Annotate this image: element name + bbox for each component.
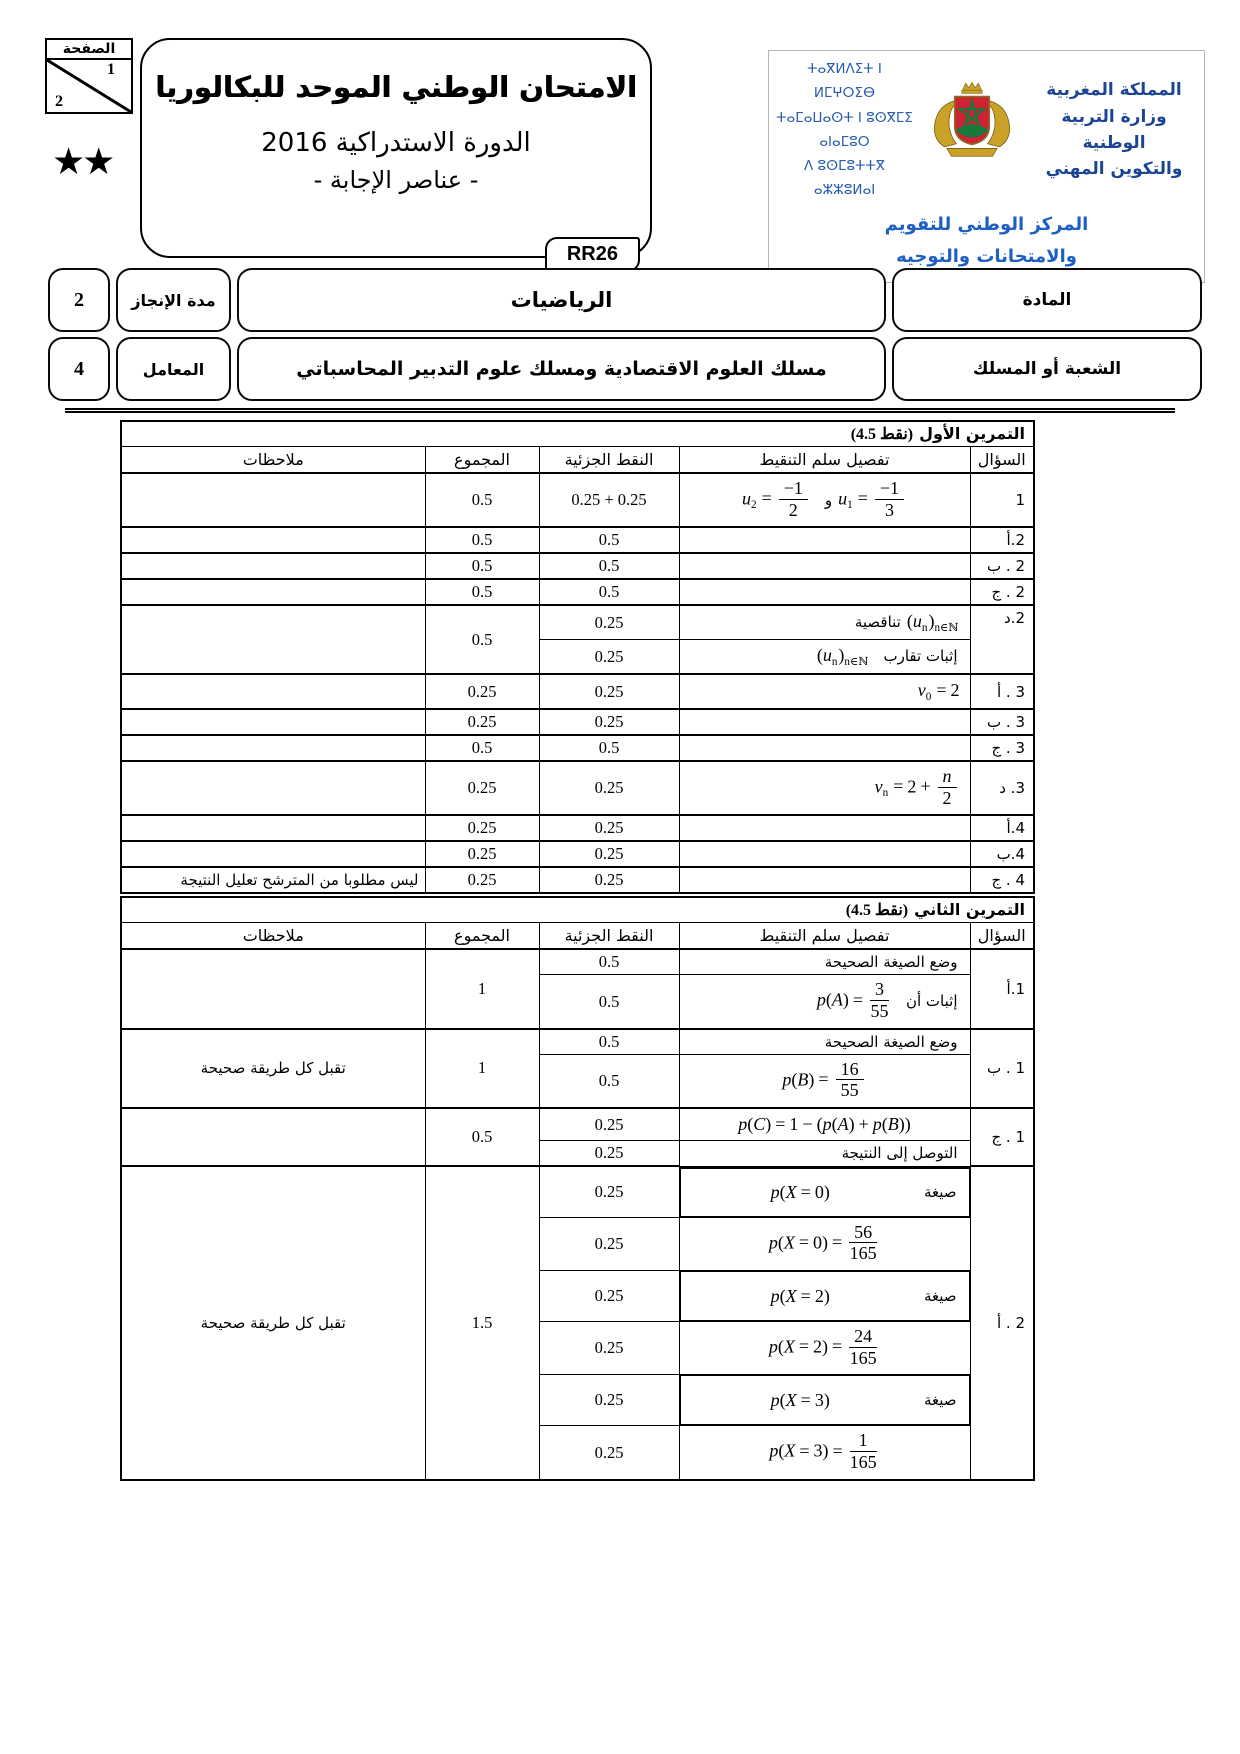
math-token: v (918, 680, 926, 700)
fraction: 1165 (850, 1430, 877, 1472)
exam-info-band: المادة الرياضيات مدة الإنجاز 2 الشعبة أو… (48, 268, 1202, 406)
math-token: = (801, 1390, 811, 1410)
math-formula: (un)n∈ℕ (815, 642, 872, 671)
math-formula: p(B)=1655 (780, 1057, 868, 1105)
detail-text: وضع الصيغة الصحيحة (825, 1033, 958, 1051)
partial-points-cell: 0.25 (539, 841, 679, 867)
total-cell: 0.25 (425, 674, 539, 709)
column-header-question: السؤال (970, 923, 1034, 950)
detail-cell (679, 841, 970, 867)
notes-cell (121, 815, 425, 841)
partial-points-cell: 0.5 (539, 527, 679, 553)
center-line-1: المركز الوطني للتقويم (775, 209, 1198, 241)
question-cell: 3. د (970, 761, 1034, 815)
total-cell: 0.5 (425, 1108, 539, 1166)
subject-value-box: الرياضيات (237, 268, 886, 332)
notes-cell (121, 1108, 425, 1166)
question-cell: 1 . ج (970, 1108, 1034, 1166)
notes-cell: تقبل كل طريقة صحيحة (121, 1029, 425, 1108)
detail-text: التوصل إلى النتيجة (842, 1144, 958, 1162)
current-page-number: 1 (107, 61, 115, 79)
math-token: ) (849, 1114, 855, 1134)
header-row: السؤالتفصيل سلم التنقيطالنقط الجزئيةالمج… (121, 447, 1034, 474)
math-token: 3 (814, 1441, 823, 1461)
math-formula: (un)n∈ℕ (905, 608, 962, 637)
partial-points-cell: 0.25 (539, 867, 679, 893)
math-token: u (838, 488, 847, 508)
math-formula: p(X=2)=24165 (767, 1324, 882, 1372)
math-token: ) (843, 990, 849, 1010)
question-cell: 3 . ب (970, 709, 1034, 735)
detail-cell: p(X=3)=1165 (679, 1426, 970, 1480)
math-token: A (832, 990, 843, 1010)
question-cell: 2 . ب (970, 553, 1034, 579)
partial-points-cell: 0.25 (539, 1322, 679, 1375)
track-label-box: الشعبة أو المسلك (892, 337, 1202, 401)
denominator: 165 (849, 1348, 877, 1369)
math-formula: v0=2 (916, 677, 962, 706)
numerator: 24 (849, 1326, 877, 1348)
detail-cell: p(C)=1−(p(A)+p(B)) (679, 1108, 970, 1141)
partial-points-cell: 0.25 + 0.25 (539, 473, 679, 527)
math-formula: p(X=0)=56165 (767, 1220, 882, 1268)
notes-cell (121, 605, 425, 674)
fraction: −12 (779, 478, 808, 520)
partial-points-cell: 0.5 (539, 949, 679, 975)
math-formula: p(C)=1−(p(A)+p(B)) (736, 1111, 912, 1138)
math-token: v (875, 776, 883, 796)
notes-cell: ليس مطلوبا من المترشح تعليل النتيجة (121, 867, 425, 893)
math-token: n∈ℕ (934, 622, 958, 634)
notes-cell (121, 761, 425, 815)
ministry-line-2: والتكوين المهني (1030, 156, 1198, 182)
tifinagh-line-2: ⵜⴰⵎⴰⵡⴰⵙⵜ ⵏ ⵓⵙⴳⵎⵉ ⴰⵏⴰⵎⵓⵔ (775, 106, 914, 155)
math-token: − (802, 1114, 812, 1134)
math-token: p (769, 1336, 778, 1356)
table-row: 4.أ0.250.25 (121, 815, 1034, 841)
table-row: 2 . أصيغةp(X=0)0.251.5تقبل كل طريقة صحيح… (121, 1166, 1034, 1217)
column-header-detail: تفصيل سلم التنقيط (679, 923, 970, 950)
math-token: = (853, 990, 863, 1010)
denominator: 165 (849, 1243, 877, 1264)
detail-text: صيغة (924, 1391, 957, 1409)
detail-cell: صيغةp(X=2) (680, 1271, 970, 1321)
column-header-partial: النقط الجزئية (539, 923, 679, 950)
exam-answer-key-page: الصفحة 1 2 ★★ الامتحان الوطني الموحد للب… (0, 0, 1240, 1754)
total-cell: 0.5 (425, 605, 539, 674)
national-center-text: المركز الوطني للتقويم والامتحانات والتوج… (775, 209, 1198, 274)
total-cell: 0.5 (425, 579, 539, 605)
ministry-line-1: وزارة التربية الوطنية (1030, 104, 1198, 157)
detail-text: وضع الصيغة الصحيحة (825, 953, 958, 971)
math-token: 2 (951, 680, 960, 700)
table-row: 3. دvn=2+n20.250.25 (121, 761, 1034, 815)
numerator: −1 (875, 478, 904, 500)
fraction: 355 (870, 979, 889, 1021)
ministry-header: المملكة المغربية وزارة التربية الوطنية و… (768, 50, 1205, 283)
denominator: 165 (850, 1452, 877, 1473)
detail-cell: (un)n∈ℕتناقصية (679, 605, 970, 639)
total-cell: 0.5 (425, 735, 539, 761)
math-token: = (893, 776, 903, 796)
math-formula: p(X=2) (769, 1283, 832, 1310)
question-cell: 3 . أ (970, 674, 1034, 709)
coat-of-arms-image (914, 80, 1030, 180)
fraction: −13 (875, 478, 904, 520)
exercise-title-text: التمرين الثاني (914, 900, 1025, 919)
duration-label-box: مدة الإنجاز (116, 268, 231, 332)
exam-title: الامتحان الوطني الموحد للبكالوريا (142, 70, 650, 104)
kingdom-ministry-text: المملكة المغربية وزارة التربية الوطنية و… (1030, 77, 1198, 182)
math-formula: vn=2+n2 (873, 764, 962, 812)
math-token: 2 (815, 1286, 824, 1306)
math-token: 3 (815, 1390, 824, 1410)
table-row: 3 . ب0.250.25 (121, 709, 1034, 735)
detail-cell (679, 815, 970, 841)
table-row: 2.أ0.50.5 (121, 527, 1034, 553)
math-token: B (888, 1114, 899, 1134)
table-row: 3 . أv0=20.250.25 (121, 674, 1034, 709)
math-token: = (799, 1441, 809, 1461)
exercise-title-row: التمرين الأول(4.5 نقط) (121, 421, 1034, 447)
numerator: −1 (779, 478, 808, 500)
double-separator-line (65, 408, 1175, 413)
math-token: p (769, 1232, 778, 1252)
math-token: = (936, 680, 946, 700)
detail-text: إثبات تقارب (883, 647, 957, 665)
math-token: 1 (847, 499, 853, 511)
math-token: = (833, 1441, 843, 1461)
math-token: = (858, 488, 868, 508)
math-token: 2 (813, 1336, 822, 1356)
partial-points-cell: 0.25 (539, 605, 679, 639)
math-token: + (859, 1114, 869, 1134)
notes-cell (121, 949, 425, 1028)
detail-cell (679, 709, 970, 735)
detail-cell: وضع الصيغة الصحيحة (679, 1029, 970, 1055)
table-row: 2.د(un)n∈ℕتناقصية0.250.5 (121, 605, 1034, 639)
math-token: = (818, 1069, 828, 1089)
math-token: = (775, 1114, 785, 1134)
math-token: ) (808, 1069, 814, 1089)
detail-cell: التوصل إلى النتيجة (679, 1141, 970, 1167)
table-row: 3 . ج0.50.5 (121, 735, 1034, 761)
math-token: = (799, 1232, 809, 1252)
total-cell: 0.25 (425, 815, 539, 841)
tifinagh-line-1: ⵜⴰⴳⵍⴷⵉⵜ ⵏ ⵍⵎⵖⵔⵉⴱ (775, 57, 914, 106)
subject-label-box: المادة (892, 268, 1202, 332)
table-row: 2 . ب0.50.5 (121, 553, 1034, 579)
numerator: n (938, 766, 957, 788)
column-header-total: المجموع (425, 447, 539, 474)
track-row: الشعبة أو المسلك مسلك العلوم الاقتصادية … (48, 337, 1202, 401)
math-token: ) (824, 1286, 830, 1306)
math-token: + (920, 776, 930, 796)
math-token: 0 (815, 1182, 824, 1202)
table-row: 1 . جp(C)=1−(p(A)+p(B))0.250.5 (121, 1108, 1034, 1141)
total-cell: 1.5 (425, 1166, 539, 1480)
fraction: n2 (938, 766, 957, 808)
subject-row: المادة الرياضيات مدة الإنجاز 2 (48, 268, 1202, 332)
total-cell: 0.5 (425, 527, 539, 553)
tifinagh-ministry-text: ⵜⴰⴳⵍⴷⵉⵜ ⵏ ⵍⵎⵖⵔⵉⴱ ⵜⴰⵎⴰⵡⴰⵙⵜ ⵏ ⵓⵙⴳⵎⵉ ⴰⵏⴰⵎⵓⵔ… (775, 57, 914, 203)
denominator: 2 (938, 788, 957, 809)
partial-points-cell: 0.5 (539, 1054, 679, 1108)
detail-text: إثبات أن (906, 992, 958, 1010)
column-header-notes: ملاحظات (121, 447, 425, 474)
math-token: ) (824, 1390, 830, 1410)
question-cell: 1 (970, 473, 1034, 527)
math-token: p (771, 1182, 780, 1202)
column-header-notes: ملاحظات (121, 923, 425, 950)
math-formula: p(X=3)=1165 (767, 1428, 881, 1476)
partial-points-cell: 0.25 (539, 761, 679, 815)
math-token: p (823, 1114, 832, 1134)
math-token: B (797, 1069, 808, 1089)
numerator: 16 (836, 1059, 864, 1081)
grading-tables: التمرين الأول(4.5 نقط)السؤالتفصيل سلم ال… (122, 420, 1035, 1483)
question-cell: 3 . ج (970, 735, 1034, 761)
detail-cell: p(B)=1655 (679, 1054, 970, 1108)
notes-cell (121, 674, 425, 709)
math-formula: u2=−12 (740, 476, 813, 524)
math-token: p (769, 1441, 778, 1461)
math-token: C (753, 1114, 765, 1134)
detail-cell (679, 553, 970, 579)
numerator: 3 (870, 979, 889, 1001)
math-token: p (738, 1114, 747, 1134)
denominator: 55 (870, 1001, 889, 1022)
exam-code-badge: RR26 (545, 237, 640, 272)
notes-cell (121, 579, 425, 605)
total-cell: 0.25 (425, 841, 539, 867)
math-formula: p(X=3) (769, 1387, 832, 1414)
exercise-points: (4.5 نقط) (846, 902, 908, 919)
detail-cell: صيغةp(X=0) (680, 1167, 970, 1217)
fraction: 1655 (836, 1059, 864, 1101)
math-token: 2 (751, 499, 757, 511)
detail-cell: vn=2+n2 (679, 761, 970, 815)
math-token: ) (765, 1114, 771, 1134)
kingdom-line: المملكة المغربية (1030, 77, 1198, 103)
partial-points-cell: 0.5 (539, 1029, 679, 1055)
detail-text: صيغة (924, 1183, 957, 1201)
total-cell: 0.25 (425, 867, 539, 893)
total-cell: 1 (425, 949, 539, 1028)
math-token: p (817, 990, 826, 1010)
table-row: 1u1=−13وu2=−120.25 + 0.250.5 (121, 473, 1034, 527)
question-cell: 4 . ج (970, 867, 1034, 893)
math-token: p (771, 1286, 780, 1306)
math-token: n (883, 787, 889, 799)
exam-session: الدورة الاستدراكية 2016 (142, 128, 650, 158)
math-formula: p(X=0) (769, 1179, 832, 1206)
detail-cell: إثبات أنp(A)=355 (679, 975, 970, 1029)
exercise-title: التمرين الأول(4.5 نقط) (121, 421, 1034, 447)
math-token: ) (822, 1232, 828, 1252)
numerator: 1 (850, 1430, 877, 1452)
partial-points-cell: 0.25 (539, 1166, 679, 1217)
partial-points-cell: 0.25 (539, 1426, 679, 1480)
math-token: ) (905, 1114, 911, 1134)
column-header-total: المجموع (425, 923, 539, 950)
partial-points-cell: 0.5 (539, 553, 679, 579)
total-cell: 0.5 (425, 553, 539, 579)
question-cell: 2.د (970, 605, 1034, 674)
fraction: 56165 (849, 1222, 877, 1264)
math-token: 0 (813, 1232, 822, 1252)
column-header-question: السؤال (970, 447, 1034, 474)
question-cell: 1 . ب (970, 1029, 1034, 1108)
detail-cell: u1=−13وu2=−12 (679, 473, 970, 527)
math-token: n (922, 622, 928, 634)
question-cell: 1.أ (970, 949, 1034, 1028)
numerator: 56 (849, 1222, 877, 1244)
exercise-title-row: التمرين الثاني(4.5 نقط) (121, 897, 1034, 923)
detail-cell (679, 735, 970, 761)
math-token: u (823, 645, 832, 665)
fraction: 24165 (849, 1326, 877, 1368)
exercise-points: (4.5 نقط) (851, 426, 913, 443)
math-token: X (784, 1232, 795, 1252)
exercise-title: التمرين الثاني(4.5 نقط) (121, 897, 1034, 923)
math-token: p (771, 1390, 780, 1410)
page-number-box: الصفحة 1 2 (45, 38, 133, 114)
column-header-partial: النقط الجزئية (539, 447, 679, 474)
detail-text: و (825, 491, 832, 509)
math-token: 2 (907, 776, 916, 796)
total-pages-number: 2 (55, 93, 63, 111)
question-cell: 2 . ج (970, 579, 1034, 605)
math-token: = (832, 1336, 842, 1356)
notes-cell (121, 527, 425, 553)
column-header-detail: تفصيل سلم التنقيط (679, 447, 970, 474)
detail-cell: وضع الصيغة الصحيحة (679, 949, 970, 975)
denominator: 55 (836, 1080, 864, 1101)
question-cell: 2 . أ (970, 1166, 1034, 1480)
denominator: 3 (875, 500, 904, 521)
partial-points-cell: 0.25 (539, 709, 679, 735)
math-token: = (801, 1286, 811, 1306)
partial-points-cell: 0.5 (539, 975, 679, 1029)
partial-points-cell: 0.25 (539, 1271, 679, 1322)
detail-cell (679, 579, 970, 605)
table-row: 1.أوضع الصيغة الصحيحة0.51 (121, 949, 1034, 975)
denominator: 2 (779, 500, 808, 521)
total-cell: 0.25 (425, 709, 539, 735)
partial-points-cell: 0.25 (539, 1217, 679, 1270)
exercise-1-grading-table: التمرين الأول(4.5 نقط)السؤالتفصيل سلم ال… (120, 420, 1035, 894)
detail-text: تناقصية (855, 613, 901, 631)
math-token: X (786, 1182, 797, 1202)
question-cell: 4.ب (970, 841, 1034, 867)
detail-cell: p(X=0)=56165 (679, 1217, 970, 1270)
math-token: n (832, 656, 838, 668)
notes-cell (121, 735, 425, 761)
notes-cell (121, 473, 425, 527)
math-formula: u1=−13 (836, 476, 909, 524)
partial-points-cell: 0.25 (539, 674, 679, 709)
question-cell: 4.أ (970, 815, 1034, 841)
exercise-title-text: التمرين الأول (919, 424, 1025, 443)
detail-text: صيغة (924, 1287, 957, 1305)
math-token: X (784, 1441, 795, 1461)
partial-points-cell: 0.25 (539, 815, 679, 841)
table-row: 4 . ج0.250.25ليس مطلوبا من المترشح تعليل… (121, 867, 1034, 893)
exam-title-box: الامتحان الوطني الموحد للبكالوريا الدورة… (140, 38, 652, 258)
answer-elements-subtitle: - عناصر الإجابة - (142, 166, 650, 194)
total-cell: 0.25 (425, 761, 539, 815)
math-token: p (873, 1114, 882, 1134)
math-token: ) (823, 1441, 829, 1461)
math-token: u (742, 488, 751, 508)
math-token: X (786, 1286, 797, 1306)
math-token: n∈ℕ (844, 656, 868, 668)
table-row: 1 . بوضع الصيغة الصحيحة0.51تقبل كل طريقة… (121, 1029, 1034, 1055)
math-token: X (786, 1390, 797, 1410)
total-cell: 1 (425, 1029, 539, 1108)
table-row: 4.ب0.250.25 (121, 841, 1034, 867)
math-token: 0 (926, 691, 932, 703)
math-token: u (913, 611, 922, 631)
partial-points-cell: 0.25 (539, 640, 679, 674)
math-token: 1 (789, 1114, 798, 1134)
partial-points-cell: 0.25 (539, 1108, 679, 1141)
detail-cell: v0=2 (679, 674, 970, 709)
coefficient-value-box: 4 (48, 337, 110, 401)
notes-cell (121, 709, 425, 735)
notes-cell (121, 553, 425, 579)
exercise-2-grading-table: التمرين الثاني(4.5 نقط)السؤالتفصيل سلم ا… (120, 896, 1035, 1480)
detail-cell: صيغةp(X=3) (680, 1375, 970, 1425)
duration-value-box: 2 (48, 268, 110, 332)
tifinagh-line-3: ⴷ ⵓⵙⵎⵓⵜⵜⴳ ⴰⵣⵣⵓⵍⴰⵏ (775, 154, 914, 203)
partial-points-cell: 0.25 (539, 1375, 679, 1426)
notes-cell: تقبل كل طريقة صحيحة (121, 1166, 425, 1480)
math-token: ) (824, 1182, 830, 1202)
question-cell: 2.أ (970, 527, 1034, 553)
math-token: A (838, 1114, 849, 1134)
detail-cell: p(X=2)=24165 (679, 1322, 970, 1375)
notes-cell (121, 841, 425, 867)
math-token: X (784, 1336, 795, 1356)
detail-cell (679, 867, 970, 893)
math-token: ) (822, 1336, 828, 1356)
math-formula: p(A)=355 (815, 977, 894, 1025)
math-token: = (799, 1336, 809, 1356)
track-value-box: مسلك العلوم الاقتصادية ومسلك علوم التدبي… (237, 337, 886, 401)
partial-points-cell: 0.5 (539, 735, 679, 761)
table-row: 2 . ج0.50.5 (121, 579, 1034, 605)
detail-cell (679, 527, 970, 553)
coefficient-label-box: المعامل (116, 337, 231, 401)
math-token: = (832, 1232, 842, 1252)
total-cell: 0.5 (425, 473, 539, 527)
page-label: الصفحة (47, 40, 131, 60)
page-fraction: 1 2 (47, 60, 131, 112)
difficulty-stars-icon: ★★ (52, 140, 112, 183)
header-row: السؤالتفصيل سلم التنقيطالنقط الجزئيةالمج… (121, 923, 1034, 950)
math-token: = (762, 488, 772, 508)
partial-points-cell: 0.25 (539, 1141, 679, 1167)
math-token: = (801, 1182, 811, 1202)
partial-points-cell: 0.5 (539, 579, 679, 605)
detail-cell: إثبات تقارب(un)n∈ℕ (679, 640, 970, 674)
